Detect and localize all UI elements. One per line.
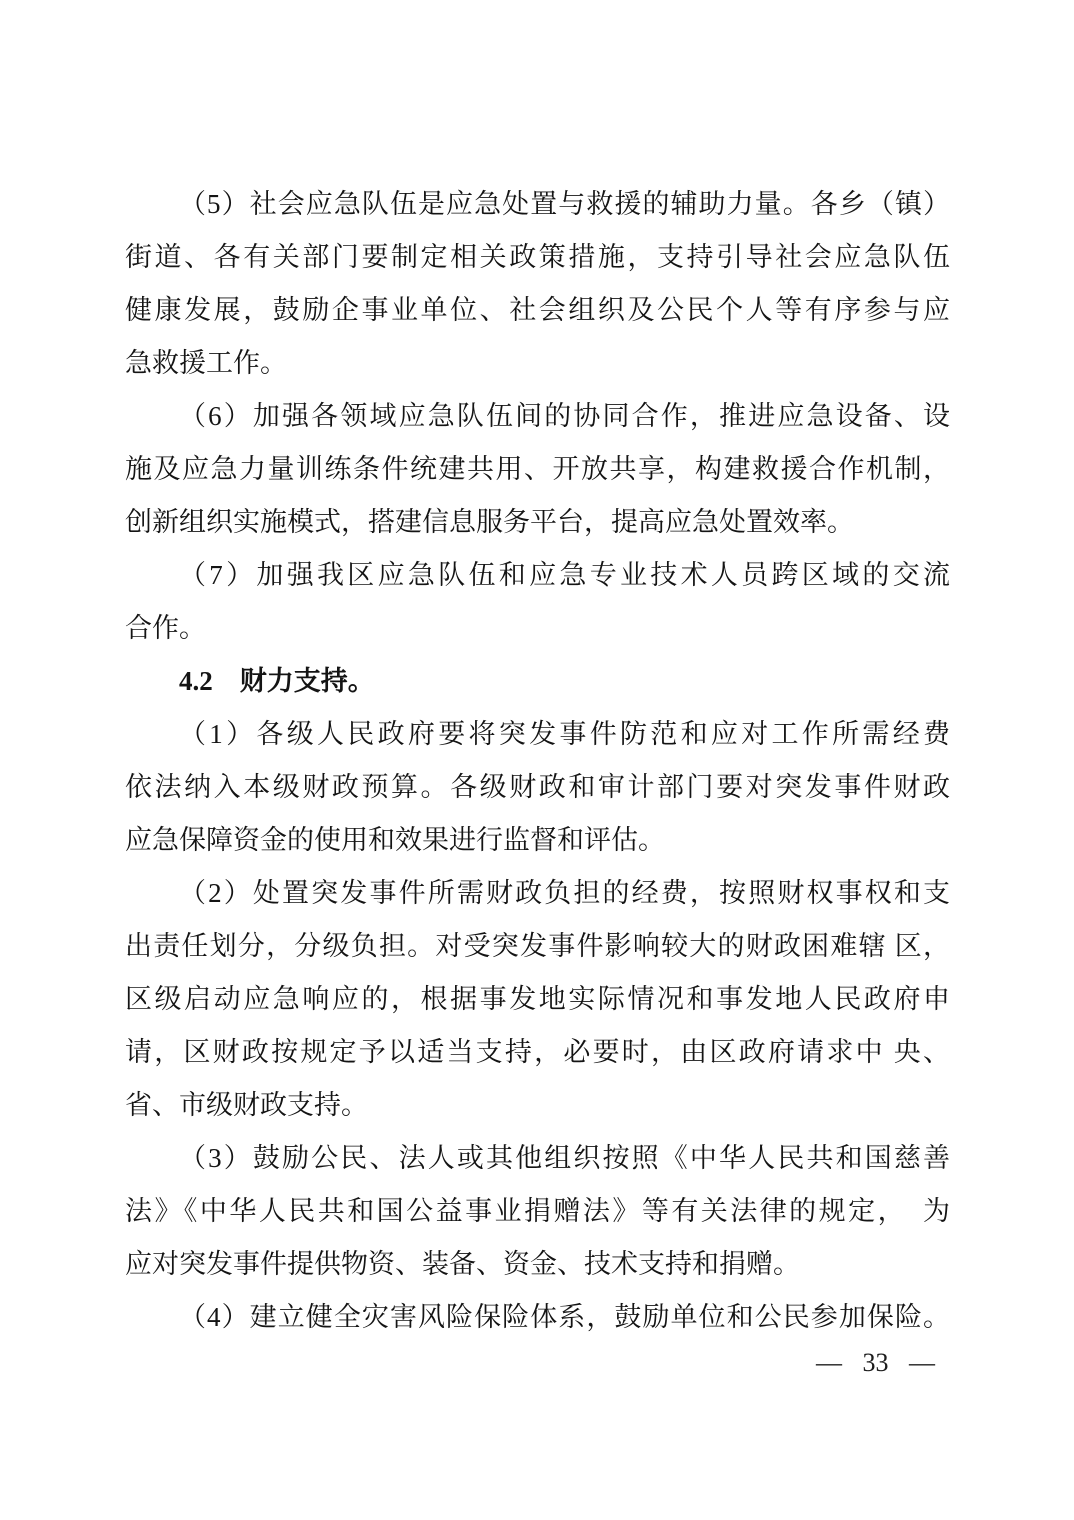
- text-line: 应对突发事件提供物资、装备、资金、技术支持和捐赠。: [125, 1238, 950, 1291]
- paragraph: （4）建立健全灾害风险保险体系，鼓励单位和公民参加保险。: [125, 1291, 950, 1344]
- text-line: （1）各级人民政府要将突发事件防范和应对工作所需经费: [125, 708, 950, 761]
- paragraph: （7）加强我区应急队伍和应急专业技术人员跨区域的交流 合作。: [125, 549, 950, 655]
- text-line: 急救援工作。: [125, 337, 950, 390]
- text-line: 施及应急力量训练条件统建共用、开放共享，构建救援合作机制，: [125, 443, 950, 496]
- text-line: （4）建立健全灾害风险保险体系，鼓励单位和公民参加保险。: [125, 1291, 950, 1344]
- text-line: 依法纳入本级财政预算。各级财政和审计部门要对突发事件财政: [125, 761, 950, 814]
- text-line: 请，区财政按规定予以适当支持，必要时，由区政府请求中 央、: [125, 1026, 950, 1079]
- paragraph: （5）社会应急队伍是应急处置与救援的辅助力量。各乡（镇） 街道、各有关部门要制定…: [125, 178, 950, 390]
- text-line: 法》《中华人民共和国公益事业捐赠法》等有关法律的规定， 为: [125, 1185, 950, 1238]
- content-area: （5）社会应急队伍是应急处置与救援的辅助力量。各乡（镇） 街道、各有关部门要制定…: [125, 178, 950, 1344]
- text-line: 出责任划分，分级负担。对受突发事件影响较大的财政困难辖 区，: [125, 920, 950, 973]
- page-number-footer: — 33 —: [816, 1350, 935, 1376]
- paragraph: （6）加强各领域应急队伍间的协同合作，推进应急设备、设 施及应急力量训练条件统建…: [125, 390, 950, 549]
- text-line: 创新组织实施模式，搭建信息服务平台，提高应急处置效率。: [125, 496, 950, 549]
- text-line: （2）处置突发事件所需财政负担的经费，按照财权事权和支: [125, 867, 950, 920]
- section-heading: 4.2 财力支持。: [125, 655, 950, 708]
- text-line: （6）加强各领域应急队伍间的协同合作，推进应急设备、设: [125, 390, 950, 443]
- text-line: 街道、各有关部门要制定相关政策措施，支持引导社会应急队伍: [125, 231, 950, 284]
- text-line: （7）加强我区应急队伍和应急专业技术人员跨区域的交流: [125, 549, 950, 602]
- document-page: （5）社会应急队伍是应急处置与救援的辅助力量。各乡（镇） 街道、各有关部门要制定…: [0, 0, 1074, 1520]
- text-line: （5）社会应急队伍是应急处置与救援的辅助力量。各乡（镇）: [125, 178, 950, 231]
- text-line: 合作。: [125, 602, 950, 655]
- paragraph: （3）鼓励公民、法人或其他组织按照《中华人民共和国慈善 法》《中华人民共和国公益…: [125, 1132, 950, 1291]
- text-line: 健康发展，鼓励企事业单位、社会组织及公民个人等有序参与应: [125, 284, 950, 337]
- paragraph: （2）处置突发事件所需财政负担的经费，按照财权事权和支 出责任划分，分级负担。对…: [125, 867, 950, 1132]
- paragraph: （1）各级人民政府要将突发事件防范和应对工作所需经费 依法纳入本级财政预算。各级…: [125, 708, 950, 867]
- text-line: 应急保障资金的使用和效果进行监督和评估。: [125, 814, 950, 867]
- text-line: 区级启动应急响应的，根据事发地实际情况和事发地人民政府申: [125, 973, 950, 1026]
- text-line: （3）鼓励公民、法人或其他组织按照《中华人民共和国慈善: [125, 1132, 950, 1185]
- text-line: 省、市级财政支持。: [125, 1079, 950, 1132]
